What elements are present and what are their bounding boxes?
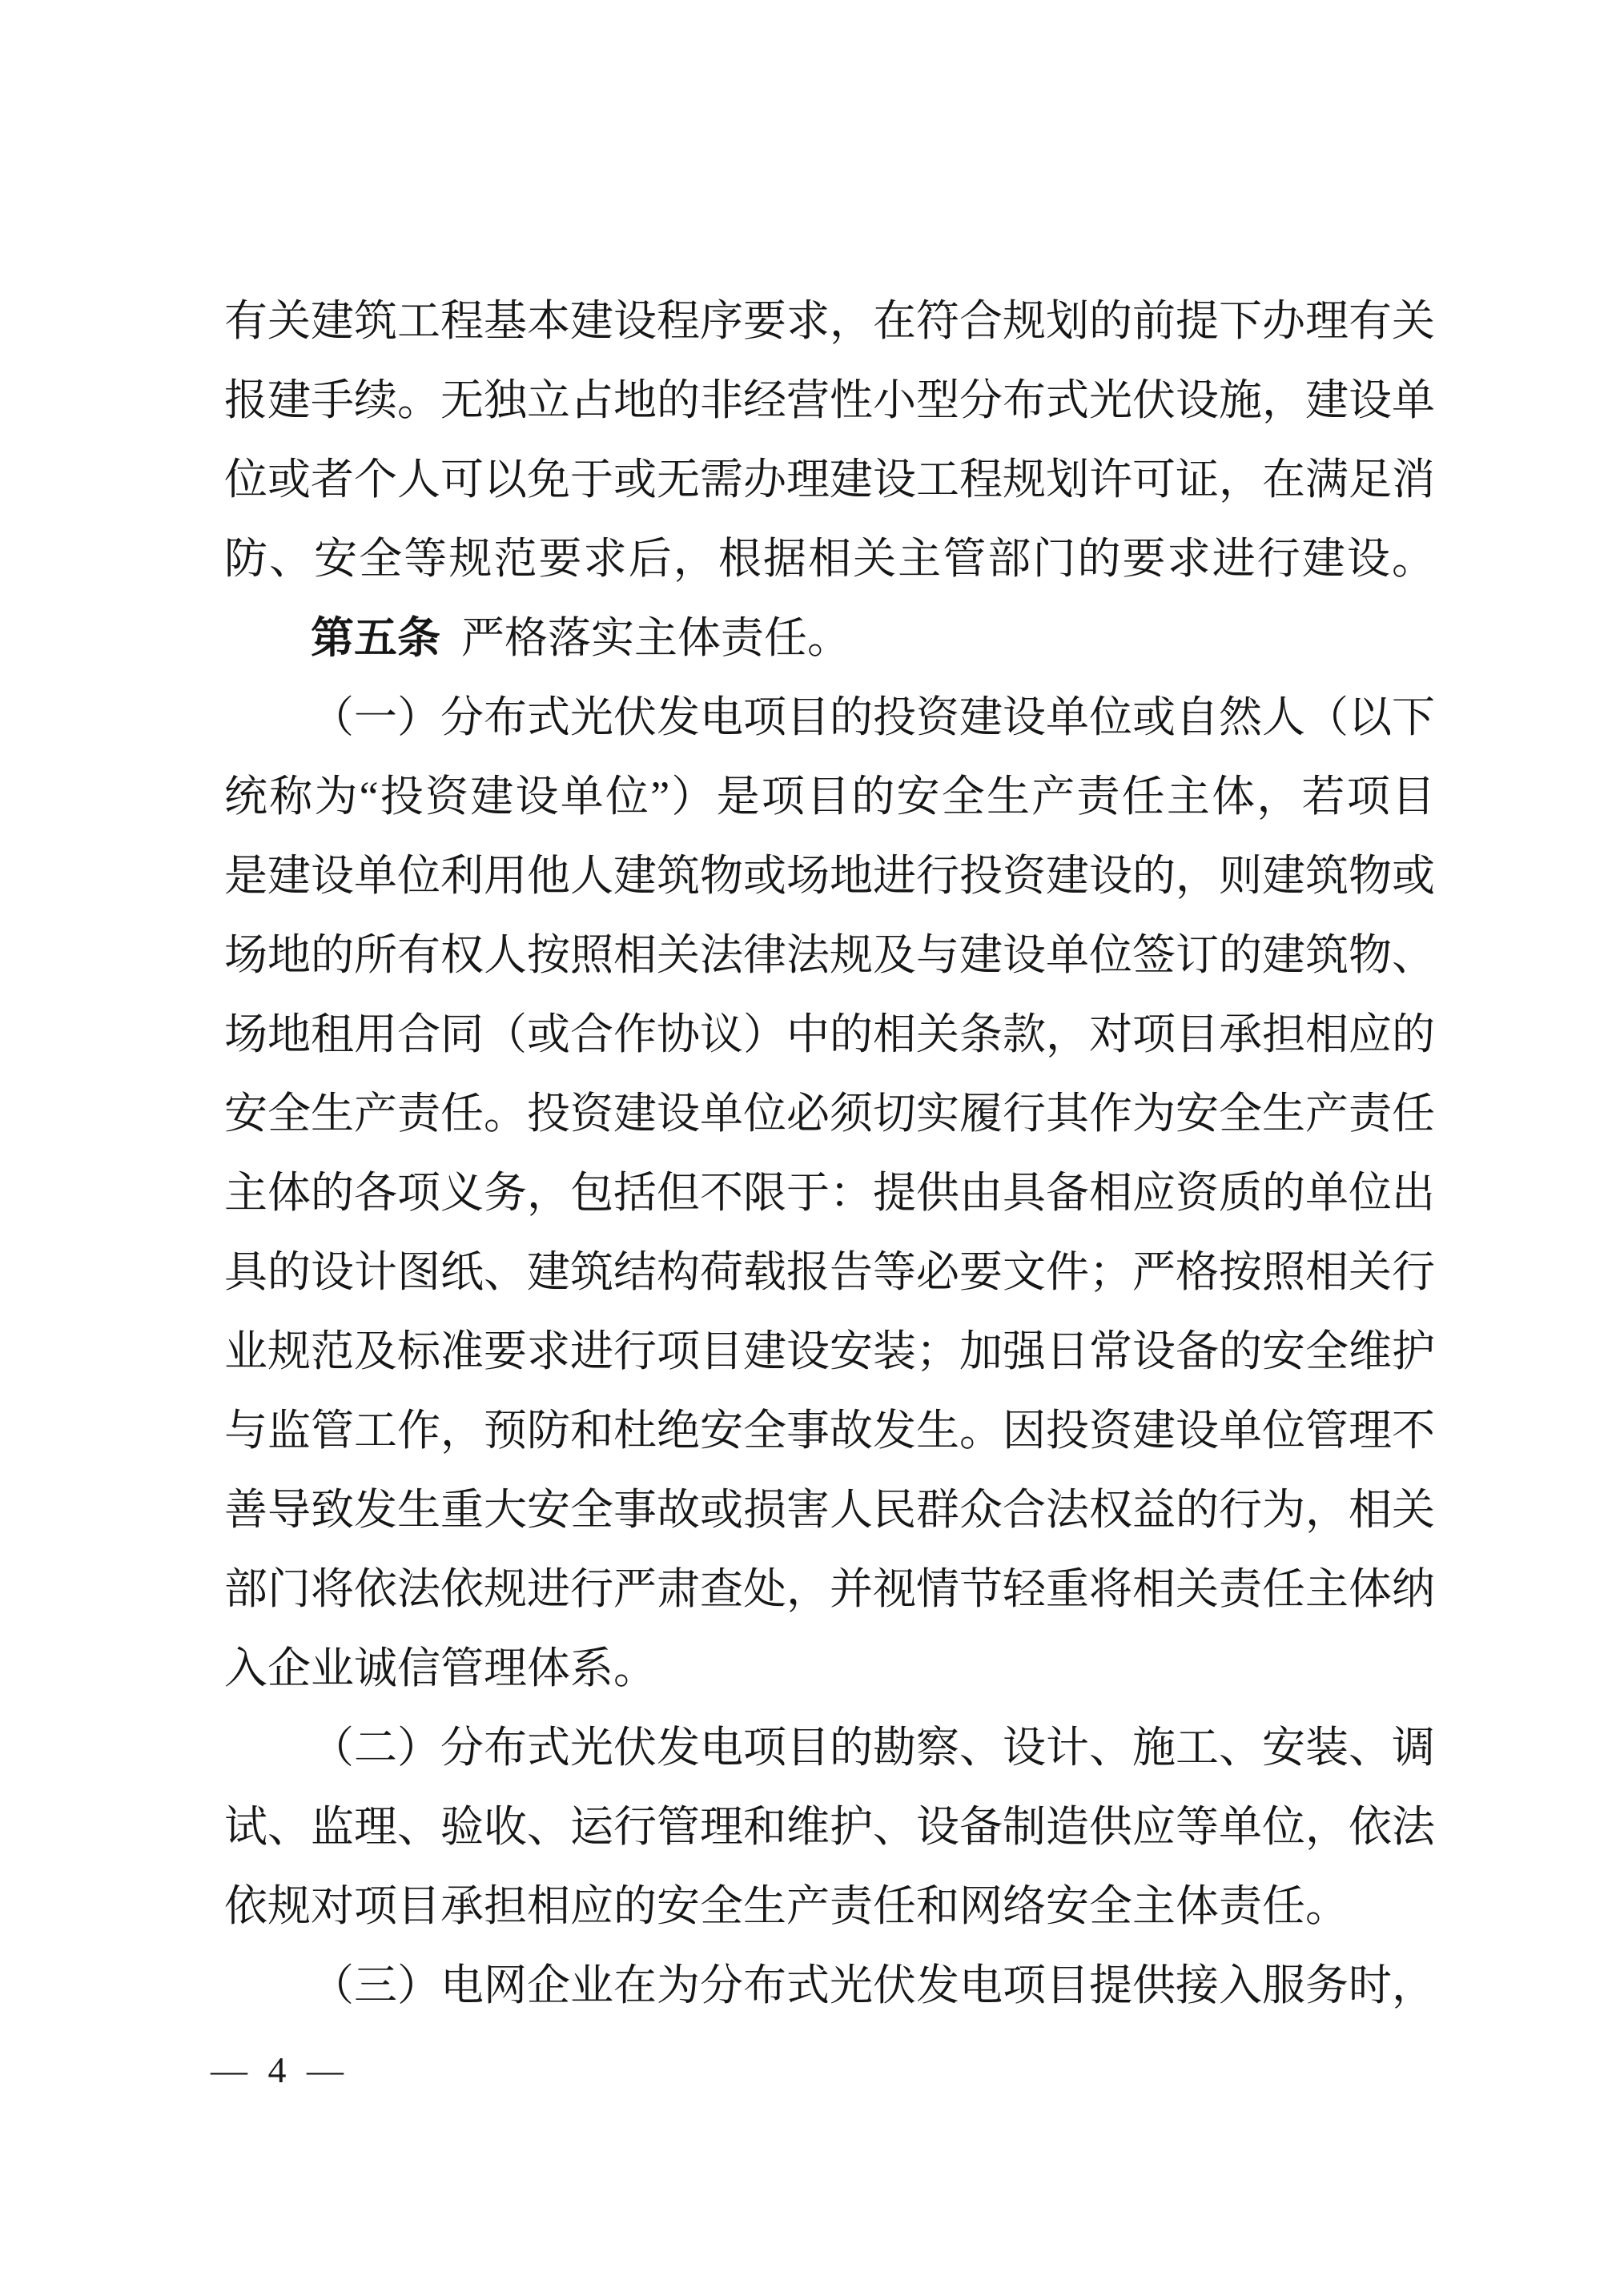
text-line: 防、安全等规范要求后，根据相关主管部门的要求进行建设。	[224, 520, 1435, 599]
text-line: 是建设单位利用他人建筑物或场地进行投资建设的，则建筑物或	[224, 837, 1435, 916]
text-line: 安全生产责任。投资建设单位必须切实履行其作为安全生产责任	[224, 1074, 1435, 1154]
text-line: 部门将依法依规进行严肃查处，并视情节轻重将相关责任主体纳	[224, 1550, 1435, 1629]
text-line: 主体的各项义务，包括但不限于：提供由具备相应资质的单位出	[224, 1154, 1435, 1233]
text-line: 与监管工作，预防和杜绝安全事故发生。因投资建设单位管理不	[224, 1391, 1435, 1471]
document-body: 有关建筑工程基本建设程序要求，在符合规划的前提下办理有关 报建手续。无独立占地的…	[224, 282, 1435, 2025]
text-line: 有关建筑工程基本建设程序要求，在符合规划的前提下办理有关	[224, 282, 1435, 361]
text-line: 具的设计图纸、建筑结构荷载报告等必要文件；严格按照相关行	[224, 1233, 1435, 1312]
text-line: 试、监理、验收、运行管理和维护、设备制造供应等单位，依法	[224, 1788, 1435, 1867]
text-line: 场地的所有权人按照相关法律法规及与建设单位签订的建筑物、	[224, 916, 1435, 995]
text-line: 报建手续。无独立占地的非经营性小型分布式光伏设施，建设单	[224, 361, 1435, 440]
text-line: （三）电网企业在为分布式光伏发电项目提供接入服务时，	[224, 1946, 1435, 2025]
article-title: 严格落实主体责任。	[461, 614, 850, 662]
text-line: 业规范及标准要求进行项目建设安装；加强日常设备的安全维护	[224, 1312, 1435, 1391]
text-line: 统称为“投资建设单位”）是项目的安全生产责任主体，若项目	[224, 757, 1435, 837]
article-heading: 第五条严格落实主体责任。	[224, 599, 1435, 678]
text-line: 入企业诚信管理体系。	[224, 1629, 1435, 1708]
text-line: （二）分布式光伏发电项目的勘察、设计、施工、安装、调	[224, 1708, 1435, 1788]
article-number-label: 第五条	[311, 614, 440, 662]
page-number: — 4 —	[211, 2046, 349, 2094]
text-line: 位或者个人可以免于或无需办理建设工程规划许可证，在满足消	[224, 440, 1435, 520]
text-line: 场地租用合同（或合作协议）中的相关条款，对项目承担相应的	[224, 995, 1435, 1074]
document-page: 有关建筑工程基本建设程序要求，在符合规划的前提下办理有关 报建手续。无独立占地的…	[0, 0, 1624, 2296]
text-line: 善导致发生重大安全事故或损害人民群众合法权益的行为，相关	[224, 1471, 1435, 1550]
text-line: 依规对项目承担相应的安全生产责任和网络安全主体责任。	[224, 1867, 1435, 1946]
text-line: （一）分布式光伏发电项目的投资建设单位或自然人（以下	[224, 678, 1435, 757]
